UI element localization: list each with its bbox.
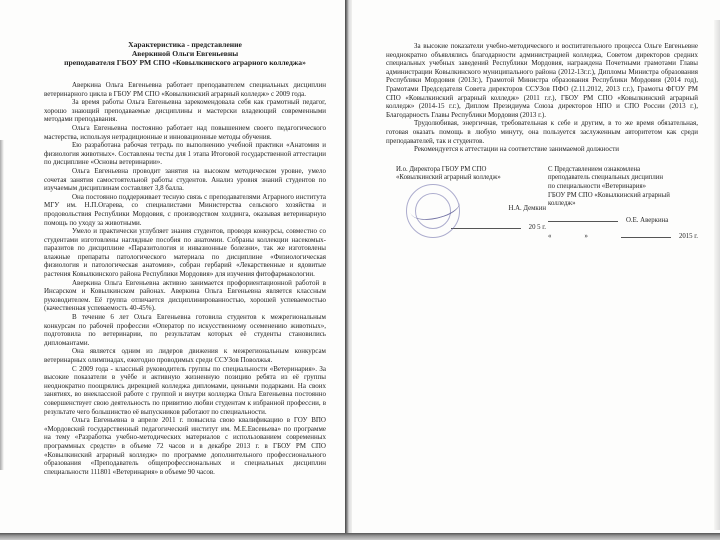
page-gutter-divider — [345, 0, 352, 534]
paragraph: За время работы Ольга Евгеньевна зареком… — [44, 98, 326, 124]
page-edge-shadow — [0, 140, 4, 470]
paragraph: Умело и практически углубляет знания сту… — [44, 227, 326, 279]
paragraph: Она является одним из лидеров движения к… — [44, 347, 326, 364]
document-page-right: За высокие показатели учебно-методическо… — [352, 0, 720, 534]
paragraph: Ольга Евгеньевна постоянно работает над … — [44, 124, 326, 141]
signature-line — [548, 221, 618, 222]
director-signature-block: И.о. Директора ГБОУ РМ СПО «Ковылкинский… — [386, 166, 546, 242]
scan-bottom-edge — [0, 533, 720, 540]
paragraph: Рекомендуется к аттестации на соответств… — [386, 145, 698, 154]
director-position-line-1: И.о. Директора ГБОУ РМ СПО — [396, 166, 546, 175]
paragraph: За высокие показатели учебно-методическо… — [386, 42, 698, 119]
paragraph: В течение 6 лет Ольга Евгеньевна готовил… — [44, 313, 326, 347]
title-line-2: Аверкиной Ольги Евгеньевны — [44, 49, 326, 58]
paragraph: Ольга Евгеньевна в апреле 2011 г. повыси… — [44, 416, 326, 476]
employee-name: О.Е. Аверкина — [626, 217, 668, 224]
document-title: Характеристика - представление Аверкиной… — [44, 40, 326, 67]
employee-sign-date: « » 2015 г. — [548, 233, 698, 242]
paragraph: Ольга Евгеньевна проводит занятия на выс… — [44, 167, 326, 193]
ack-line-3: по специальности «Ветеринария» — [548, 183, 698, 192]
signature-section: И.о. Директора ГБОУ РМ СПО «Ковылкинский… — [386, 166, 698, 242]
ack-line-1: С Представлением ознакомлена — [548, 166, 698, 175]
ack-line-4: ГБОУ РМ СПО «Ковылкинский аграрный — [548, 192, 698, 201]
date-line — [451, 228, 521, 229]
ack-line-5: колледж» — [548, 200, 698, 209]
paragraph: Аверкина Ольга Евгеньевна работает препо… — [44, 81, 326, 98]
page-edge-shadow — [714, 20, 720, 530]
paragraph: Аверкина Ольга Евгеньевна активно занима… — [44, 279, 326, 313]
document-page-left: Характеристика - представление Аверкиной… — [0, 0, 346, 534]
employee-signature-line: О.Е. Аверкина — [548, 217, 698, 226]
paragraph: Она постоянно поддерживает тесную связь … — [44, 193, 326, 227]
title-line-3: преподавателя ГБОУ РМ СПО «Ковылкинского… — [44, 58, 326, 67]
paragraph: Трудолюбивая, энергичная, требовательная… — [386, 119, 698, 145]
acknowledgement-block: С Представлением ознакомлена преподавате… — [548, 166, 698, 242]
paragraph: С 2009 года - классный руководитель груп… — [44, 365, 326, 417]
director-position-line-2: «Ковылкинский аграрный колледж» — [396, 174, 546, 183]
ack-line-2: преподаватель специальных дисциплин — [548, 174, 698, 183]
paragraph: Ею разработана рабочая тетрадь по выполн… — [44, 141, 326, 167]
title-line-1: Характеристика - представление — [44, 40, 326, 49]
